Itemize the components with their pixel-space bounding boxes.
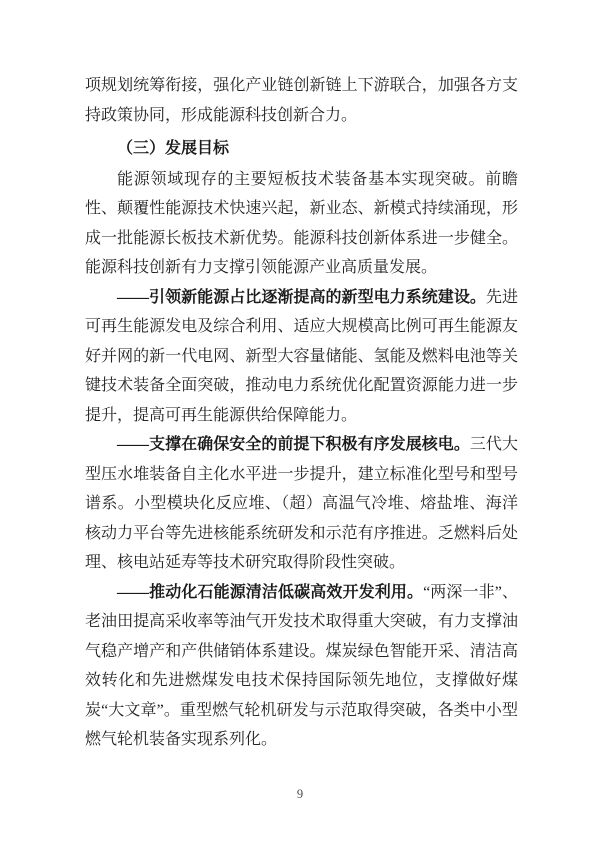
dash-paragraph: ——支撑在确保安全的前提下积极有序发展核电。三代大型压水堆装备自主化水平进一步提… <box>85 430 518 578</box>
paragraph-text: 能源领域现存的主要短板技术装备基本实现突破。前瞻性、颠覆性能源技术快速兴起，新业… <box>85 171 518 277</box>
paragraph-text: 三代大型压水堆装备自主化水平进一步提升，建立标准化型号和型号谱系。小型模块化反应… <box>85 436 518 571</box>
dash-paragraph: ——引领新能源占比逐渐提高的新型电力系统建设。先进可再生能源发电及综合利用、适应… <box>85 283 518 431</box>
paragraph-text: “两深一非”、老油田提高采收率等油气开发技术取得重大突破，有力支撑油气稳产增产和… <box>85 584 518 749</box>
page-body: 项规划统筹衔接，强化产业链创新链上下游联合，加强各方支持政策协同，形成能源科技创… <box>85 71 518 755</box>
section-heading: （三）发展目标 <box>85 134 518 164</box>
body-paragraph: 能源领域现存的主要短板技术装备基本实现突破。前瞻性、颠覆性能源技术快速兴起，新业… <box>85 165 518 283</box>
dash-paragraph: ——推动化石能源清洁低碳高效开发利用。“两深一非”、老油田提高采收率等油气开发技… <box>85 578 518 755</box>
body-paragraph: 项规划统筹衔接，强化产业链创新链上下游联合，加强各方支持政策协同，形成能源科技创… <box>85 71 518 130</box>
paragraph-text: 项规划统筹衔接，强化产业链创新链上下游联合，加强各方支持政策协同，形成能源科技创… <box>85 77 518 124</box>
page-number: 9 <box>0 787 600 802</box>
paragraph-lead: ——引领新能源占比逐渐提高的新型电力系统建设。 <box>117 289 486 306</box>
paragraph-text: 先进可再生能源发电及综合利用、适应大规模高比例可再生能源友好并网的新一代电网、新… <box>85 289 518 424</box>
paragraph-lead: ——支撑在确保安全的前提下积极有序发展核电。 <box>117 436 470 453</box>
document-page: 项规划统筹衔接，强化产业链创新链上下游联合，加强各方支持政策协同，形成能源科技创… <box>0 0 600 848</box>
paragraph-lead: ——推动化石能源清洁低碳高效开发利用。 <box>117 584 423 601</box>
